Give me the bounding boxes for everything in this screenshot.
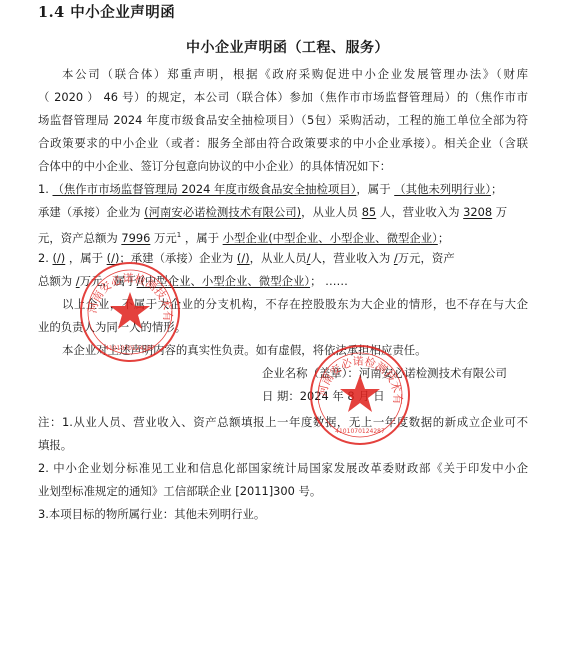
- item2-industry: (/): [107, 251, 120, 265]
- statement-line: 业的负责人为同一人的情形。: [38, 319, 528, 335]
- item1-revenue: 3208: [463, 205, 492, 219]
- item1-line2: 承建（承接）企业为 (河南安必诺检测技术有限公司)，从业人员 85 人，营业收入…: [38, 204, 528, 220]
- item2-contractor: (/): [237, 251, 250, 265]
- item2-line2: 总额为 /万元，属于/(中型企业、小型企业、微型企业）； ……: [38, 273, 528, 289]
- document-page: 1.4 中小企业声明函 中小企业声明函（工程、服务） 本公司（联合体）郑重声明，…: [0, 0, 575, 652]
- intro-line: 场监督管理局 2024 年度市级食品安全抽检项目）（5包）采购活动，工程的施工单…: [38, 112, 528, 128]
- responsibility-line: 本企业对上述声明内容的真实性负责。如有虚假，将依法承担相应责任。: [38, 342, 528, 358]
- note-line: 填报。: [38, 437, 528, 453]
- statement-line: 以上企业，不属于大企业的分支机构，不存在控股股东为大企业的情形，也不存在与大企: [38, 296, 528, 312]
- item1-industry: （其他未列明行业）: [394, 182, 491, 196]
- signature-date: 日 期：2024 年 8 月 日: [262, 388, 385, 404]
- note-line: 业划型标准规定的通知》工信部联企业 [2011]300 号。: [38, 483, 528, 499]
- intro-line: 本公司（联合体）郑重声明，根据《政府采购促进中小企业发展管理办法》（财库: [38, 66, 528, 82]
- item1-assets: 7996: [121, 231, 150, 245]
- section-heading: 1.4 中小企业声明函: [38, 1, 175, 22]
- item2-size: /(中型企业、小型企业、微型企业）: [137, 274, 310, 288]
- item1-line3: 元，资产总额为 7996 万元1 ，属于 小型企业(中型企业、小型企业、微型企业…: [38, 227, 528, 246]
- item1-project: （焦作市市场监督管理局 2024 年度市级食品安全抽检项目）: [53, 182, 357, 196]
- intro-line: （ 2020 ） 46 号）的规定，本公司（联合体）参加（焦作市市场监督管理局）…: [38, 89, 528, 105]
- note-line: 2. 中小企业划分标准见工业和信息化部国家统计局国家发展改革委财政部《关于印发中…: [38, 460, 528, 476]
- item1-contractor: (河南安必诺检测技术有限公司): [144, 205, 301, 219]
- item2-line1: 2. (/) ，属于 (/)；承建（承接）企业为 (/)，从业人员/人，营业收入…: [38, 250, 528, 266]
- document-title: 中小企业声明函（工程、服务）: [0, 37, 575, 57]
- item2-project: (/): [53, 251, 66, 265]
- item1-line1: 1. （焦作市市场监督管理局 2024 年度市级食品安全抽检项目），属于 （其他…: [38, 181, 528, 197]
- intro-line: 合体中的中小企业、签订分包意向协议的中小企业）的具体情况如下：: [38, 158, 528, 174]
- signature-company: 企业名称（盖章）：河南安必诺检测技术有限公司: [262, 365, 507, 381]
- intro-line: 合政策要求的中小企业（或者：服务全部由符合政策要求的中小企业承接）。相关企业（含…: [38, 135, 528, 151]
- note-line: 3.本项目标的物所属行业：其他未列明行业。: [38, 506, 528, 522]
- note-line: 注：1.从业人员、营业收入、资产总额填报上一年度数据，无上一年度数据的新成立企业…: [38, 414, 528, 430]
- item1-staff: 85: [362, 205, 377, 219]
- item1-size: 小型企业(中型企业、小型企业、微型企业）: [223, 231, 438, 245]
